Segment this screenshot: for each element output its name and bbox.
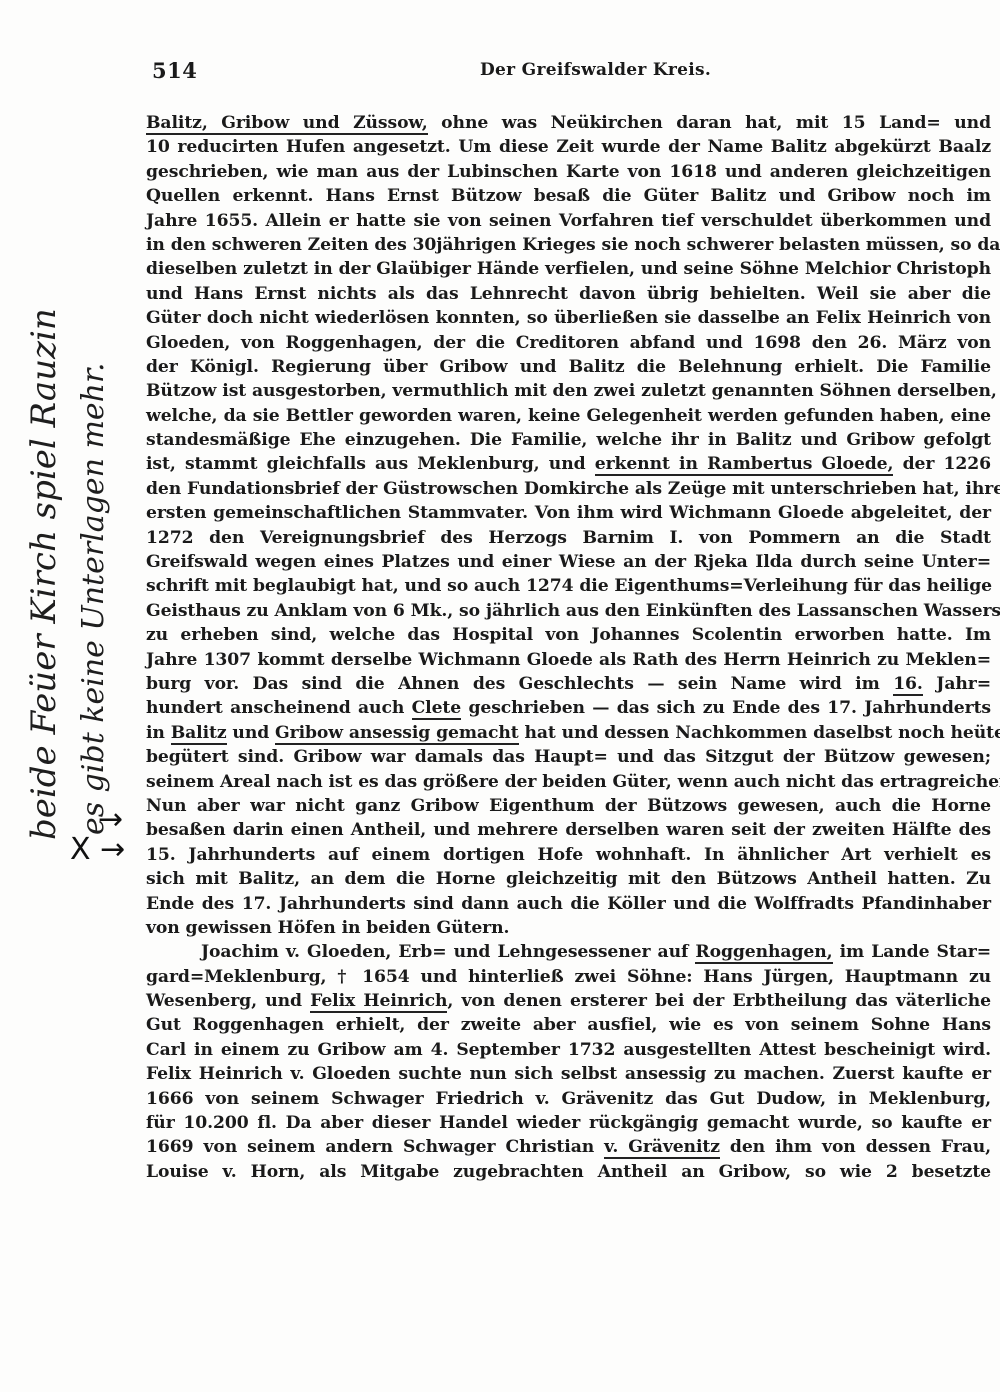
underlined-text: Roggenhagen, [695,942,832,964]
text-line: Jahre 1655. Allein er hatte sie von sein… [146,209,991,233]
text-span: welche, da sie Bettler geworden waren, k… [146,406,991,426]
scanned-page: 514 Der Greifswalder Kreis. Balitz, Grib… [0,0,1000,1392]
text-span: im Lande Star= [833,942,992,962]
body-text: Balitz, Gribow und Züssow, ohne was Neük… [146,111,991,1184]
text-line: Gloeden, von Roggenhagen, der die Credit… [146,331,991,355]
handwritten-margin-note: beide Feüer Kirch spiel Rauzin [24,308,64,840]
text-span: begütert sind. Gribow war damals das Hau… [146,747,991,767]
text-span: in den schweren Zeiten des 30jährigen Kr… [146,235,1000,255]
text-line: Felix Heinrich v. Gloeden suchte nun sic… [146,1062,991,1086]
text-span: zu erheben sind, welche das Hospital von… [146,625,991,645]
underlined-text: 16. [893,674,923,696]
text-span: Joachim v. Gloeden, Erb= und Lehngesesse… [201,942,695,962]
text-span: für 10.200 fl. Da aber dieser Handel wie… [146,1113,991,1133]
text-line: Gut Roggenhagen erhielt, der zweite aber… [146,1013,991,1037]
text-line: 10 reducirten Hufen angesetzt. Um diese … [146,135,991,159]
text-span: besaßen darin einen Antheil, und mehrere… [146,820,991,840]
text-line: und Hans Ernst nichts als das Lehnrecht … [146,282,991,306]
text-span: den ihm von dessen Frau, [720,1137,991,1157]
text-line: Güter doch nicht wiederlösen konnten, so… [146,306,991,330]
text-line: ersten gemeinschaftlichen Stammvater. Vo… [146,501,991,525]
underlined-text: Gribow ansessig gemacht [275,723,519,745]
text-span: Louise v. Horn, als Mitgabe zugebrachten… [146,1162,991,1182]
text-span: geschrieben — das sich zu Ende des 17. J… [461,698,991,718]
text-line: hundert anscheinend auch Clete geschrieb… [146,696,991,720]
text-span: Güter doch nicht wiederlösen konnten, so… [146,308,991,328]
text-span: , von denen ersterer bei der Erbtheilung… [447,991,991,1011]
text-line: 1272 den Vereignungsbrief des Herzogs Ba… [146,526,991,550]
text-span: standesmäßige Ehe einzugehen. Die Famili… [146,430,991,450]
text-span: Greifswald wegen eines Platzes und einer… [146,552,991,572]
text-line: begütert sind. Gribow war damals das Hau… [146,745,991,769]
text-line: gard=Meklenburg, † 1654 und hinterließ z… [146,965,991,989]
text-line: schrift mit beglaubigt hat, und so auch … [146,574,991,598]
text-span: Quellen erkennt. Hans Ernst Bützow besaß… [146,186,991,206]
text-span: Wesenberg, und [146,991,310,1011]
underlined-text: Clete [412,698,462,720]
running-head: Der Greifswalder Kreis. [480,60,711,80]
text-span: Carl in einem zu Gribow am 4. September … [146,1040,991,1060]
text-line: dieselben zuletzt in der Glaübiger Hände… [146,257,991,281]
text-span: seinem Areal nach ist es das größere der… [146,772,1000,792]
text-line: Nun aber war nicht ganz Gribow Eigenthum… [146,794,991,818]
text-line: seinem Areal nach ist es das größere der… [146,770,991,794]
text-span: hundert anscheinend auch [146,698,412,718]
text-line: Carl in einem zu Gribow am 4. September … [146,1038,991,1062]
text-span: in [146,723,171,743]
text-span: der Königl. Regierung über Gribow und Ba… [146,357,991,377]
text-span: Gloeden, von Roggenhagen, der die Credit… [146,333,991,353]
text-line: Wesenberg, und Felix Heinrich, von denen… [146,989,991,1013]
text-line: besaßen darin einen Antheil, und mehrere… [146,818,991,842]
underlined-text: Balitz [171,723,227,745]
text-line: sich mit Balitz, an dem die Horne gleich… [146,867,991,891]
text-line: 1669 von seinem andern Schwager Christia… [146,1135,991,1159]
text-line: für 10.200 fl. Da aber dieser Handel wie… [146,1111,991,1135]
text-line: Ende des 17. Jahrhunderts sind dann auch… [146,892,991,916]
text-span: dieselben zuletzt in der Glaübiger Hände… [146,259,991,279]
text-span: 10 reducirten Hufen angesetzt. Um diese … [146,137,991,157]
text-line: von gewissen Höfen in beiden Gütern. [146,916,991,940]
text-span: burg vor. Das sind die Ahnen des Geschle… [146,674,893,694]
underlined-text: Balitz, Gribow und Züssow, [146,113,428,135]
text-span: Geisthaus zu Anklam von 6 Mk., so jährli… [146,601,1000,621]
text-span: Jahre 1655. Allein er hatte sie von sein… [146,211,991,231]
text-line: Quellen erkennt. Hans Ernst Bützow besaß… [146,184,991,208]
text-line: Bützow ist ausgestorben, vermuthlich mit… [146,379,991,403]
text-span: von gewissen Höfen in beiden Gütern. [146,918,509,938]
x-mark-icon: X [70,832,91,867]
text-span: hat und dessen Nachkommen daselbst noch … [519,723,1000,743]
text-line: Geisthaus zu Anklam von 6 Mk., so jährli… [146,599,991,623]
text-span: 1272 den Vereignungsbrief des Herzogs Ba… [146,528,991,548]
text-line: geschrieben, wie man aus der Lubinschen … [146,160,991,184]
text-line: Joachim v. Gloeden, Erb= und Lehngesesse… [146,940,991,964]
text-line: Jahre 1307 kommt derselbe Wichmann Gloed… [146,648,991,672]
text-span: Bützow ist ausgestorben, vermuthlich mit… [146,381,997,401]
text-span: ersten gemeinschaftlichen Stammvater. Vo… [146,503,991,523]
text-span: gard=Meklenburg, † 1654 und hinterließ z… [146,967,991,987]
text-span: 15. Jahrhunderts auf einem dortigen Hofe… [146,845,991,865]
margin-marks: → X → [70,805,125,865]
text-span: ohne was Neükirchen daran hat, mit 15 La… [428,113,991,133]
text-line: Louise v. Horn, als Mitgabe zugebrachten… [146,1160,991,1184]
text-line: standesmäßige Ehe einzugehen. Die Famili… [146,428,991,452]
text-line: ist, stammt gleichfalls aus Meklenburg, … [146,452,991,476]
text-span: und Hans Ernst nichts als das Lehnrecht … [146,284,991,304]
text-line: welche, da sie Bettler geworden waren, k… [146,404,991,428]
page-number: 514 [152,58,197,83]
text-line: Balitz, Gribow und Züssow, ohne was Neük… [146,111,991,135]
text-span: der 1226 [893,454,991,474]
text-span: Jahr= [923,674,991,694]
text-line: in den schweren Zeiten des 30jährigen Kr… [146,233,991,257]
handwritten-margin-note: es gibt keine Unterlagen mehr. [76,362,111,835]
text-line: Greifswald wegen eines Platzes und einer… [146,550,991,574]
text-span: Gut Roggenhagen erhielt, der zweite aber… [146,1015,991,1035]
underlined-text: Felix Heinrich [310,991,447,1013]
text-span: den Fundationsbrief der Güstrowschen Dom… [146,479,1000,499]
text-span: 1669 von seinem andern Schwager Christia… [146,1137,604,1157]
arrow-right-icon: → [100,832,125,867]
underlined-text: v. Grävenitz [604,1137,720,1159]
text-span: Felix Heinrich v. Gloeden suchte nun sic… [146,1064,991,1084]
text-span: 1666 von seinem Schwager Friedrich v. Gr… [146,1089,991,1109]
text-line: 1666 von seinem Schwager Friedrich v. Gr… [146,1087,991,1111]
text-span: ist, stammt gleichfalls aus Meklenburg, … [146,454,595,474]
text-span: Jahre 1307 kommt derselbe Wichmann Gloed… [146,650,991,670]
text-line: zu erheben sind, welche das Hospital von… [146,623,991,647]
text-span: Nun aber war nicht ganz Gribow Eigenthum… [146,796,991,816]
text-span: und [227,723,275,743]
text-span: geschrieben, wie man aus der Lubinschen … [146,162,991,182]
text-line: der Königl. Regierung über Gribow und Ba… [146,355,991,379]
text-span: Ende des 17. Jahrhunderts sind dann auch… [146,894,991,914]
text-line: den Fundationsbrief der Güstrowschen Dom… [146,477,991,501]
text-span: sich mit Balitz, an dem die Horne gleich… [146,869,991,889]
text-span: schrift mit beglaubigt hat, und so auch … [146,576,992,596]
text-line: burg vor. Das sind die Ahnen des Geschle… [146,672,991,696]
text-line: 15. Jahrhunderts auf einem dortigen Hofe… [146,843,991,867]
underlined-text: erkennt in Rambertus Gloede, [595,454,894,476]
text-line: in Balitz und Gribow ansessig gemacht ha… [146,721,991,745]
